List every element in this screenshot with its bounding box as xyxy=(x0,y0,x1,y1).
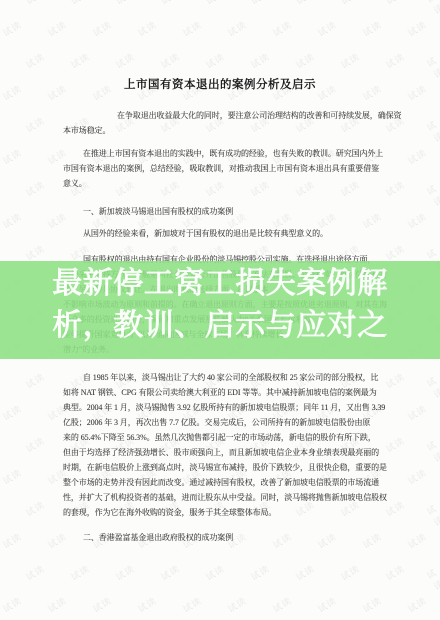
banner-title-line-1: 最新停工窝工损失案例解 xyxy=(0,263,440,305)
text-line: 但由于均选择了经济强劲增长、股市顽强向上，而且新加坡电信企业本身业绩表现最亮丽的 xyxy=(63,445,379,460)
text-line: 如将 NAT 钢铁、CPG 有限公司卖给澳大利亚的 EDI 等等。其中减持新加坡… xyxy=(63,385,379,400)
section-heading-1: 一、新加坡淡马锡退出国有股权的成功案例 xyxy=(63,204,379,219)
text-line: 时期，在新电信股价上涨到高点时，淡马锡宣布减持，股价下跌较少，且很快企稳，重要的… xyxy=(63,460,379,475)
text-line: 市国有资本退出的案例，总结经验，吸取教训，对推动我国上市国有资本退出具有重要借鉴 xyxy=(63,161,379,176)
text-line: 来的 65.4%下降至 56.3%。虽然几次抛售都引起一定的市场动荡，新电信的股… xyxy=(63,430,379,445)
paragraph-2: 在推进上市国有资本退出的实践中，既有成功的经验，也有失败的教训。研究国内外上 市… xyxy=(63,146,379,191)
text-line: 意义。 xyxy=(63,176,379,191)
text-line: 性，并扩大了机构投资者的基础，进而让股东从中受益。同时，淡马锡将抛售新加坡电信股… xyxy=(63,490,379,505)
heading-line: 二、香港盈富基金退出政府股权的成功案例 xyxy=(63,530,379,545)
text-line: 在争取退出收益最大化的同时，要注意公司治理结构的改善和可持续发展，确保资 xyxy=(63,108,379,123)
document-page: 试读试读试读试读试读试读试读试读试读试读试读试读试读试读试读试读试读试读试读试读… xyxy=(0,0,440,620)
paragraph-5: 自 1985 年以来，淡马锡出让了大约 40 家公司的全部股权和 25 家公司的… xyxy=(63,370,379,520)
document-title: 上市国有资本退出的案例分析及启示 xyxy=(0,76,440,92)
text-line: 的套现，作为它在海外收购的资金，服务于其全球整体布局。 xyxy=(63,505,379,520)
paragraph-3: 从国外的经验来看，新加坡对于国有股权的退出是比较有典型意义的。 xyxy=(63,226,379,241)
text-line: 本市场稳定。 xyxy=(63,123,379,138)
paragraph-1: 在争取退出收益最大化的同时，要注意公司治理结构的改善和可持续发展，确保资 本市场… xyxy=(63,108,379,138)
text-line: 亿股；2006 年 3 月，再次出售 7.7 亿股。交易完成后，公司所持有的新加… xyxy=(63,415,379,430)
text-line: 自 1985 年以来，淡马锡出让了大约 40 家公司的全部股权和 25 家公司的… xyxy=(63,370,379,385)
text-line: 典型。2004 年 1 月，淡马锡抛售 3.92 亿股所持有的新加坡电信股票；同… xyxy=(63,400,379,415)
text-line: 整个市场的走势并没有因此而改变。通过减持国有股权，改善了新加坡电信股票的市场流通 xyxy=(63,475,379,490)
section-heading-2: 二、香港盈富基金退出政府股权的成功案例 xyxy=(63,530,379,545)
promo-banner[interactable]: 最新停工窝工损失案例解 析，教训、启示与应对之 xyxy=(0,261,440,359)
text-line: 从国外的经验来看，新加坡对于国有股权的退出是比较有典型意义的。 xyxy=(63,226,379,241)
heading-line: 一、新加坡淡马锡退出国有股权的成功案例 xyxy=(63,204,379,219)
text-line: 在推进上市国有资本退出的实践中，既有成功的经验，也有失败的教训。研究国内外上 xyxy=(63,146,379,161)
banner-title-line-2: 析，教训、启示与应对之 xyxy=(0,305,440,347)
